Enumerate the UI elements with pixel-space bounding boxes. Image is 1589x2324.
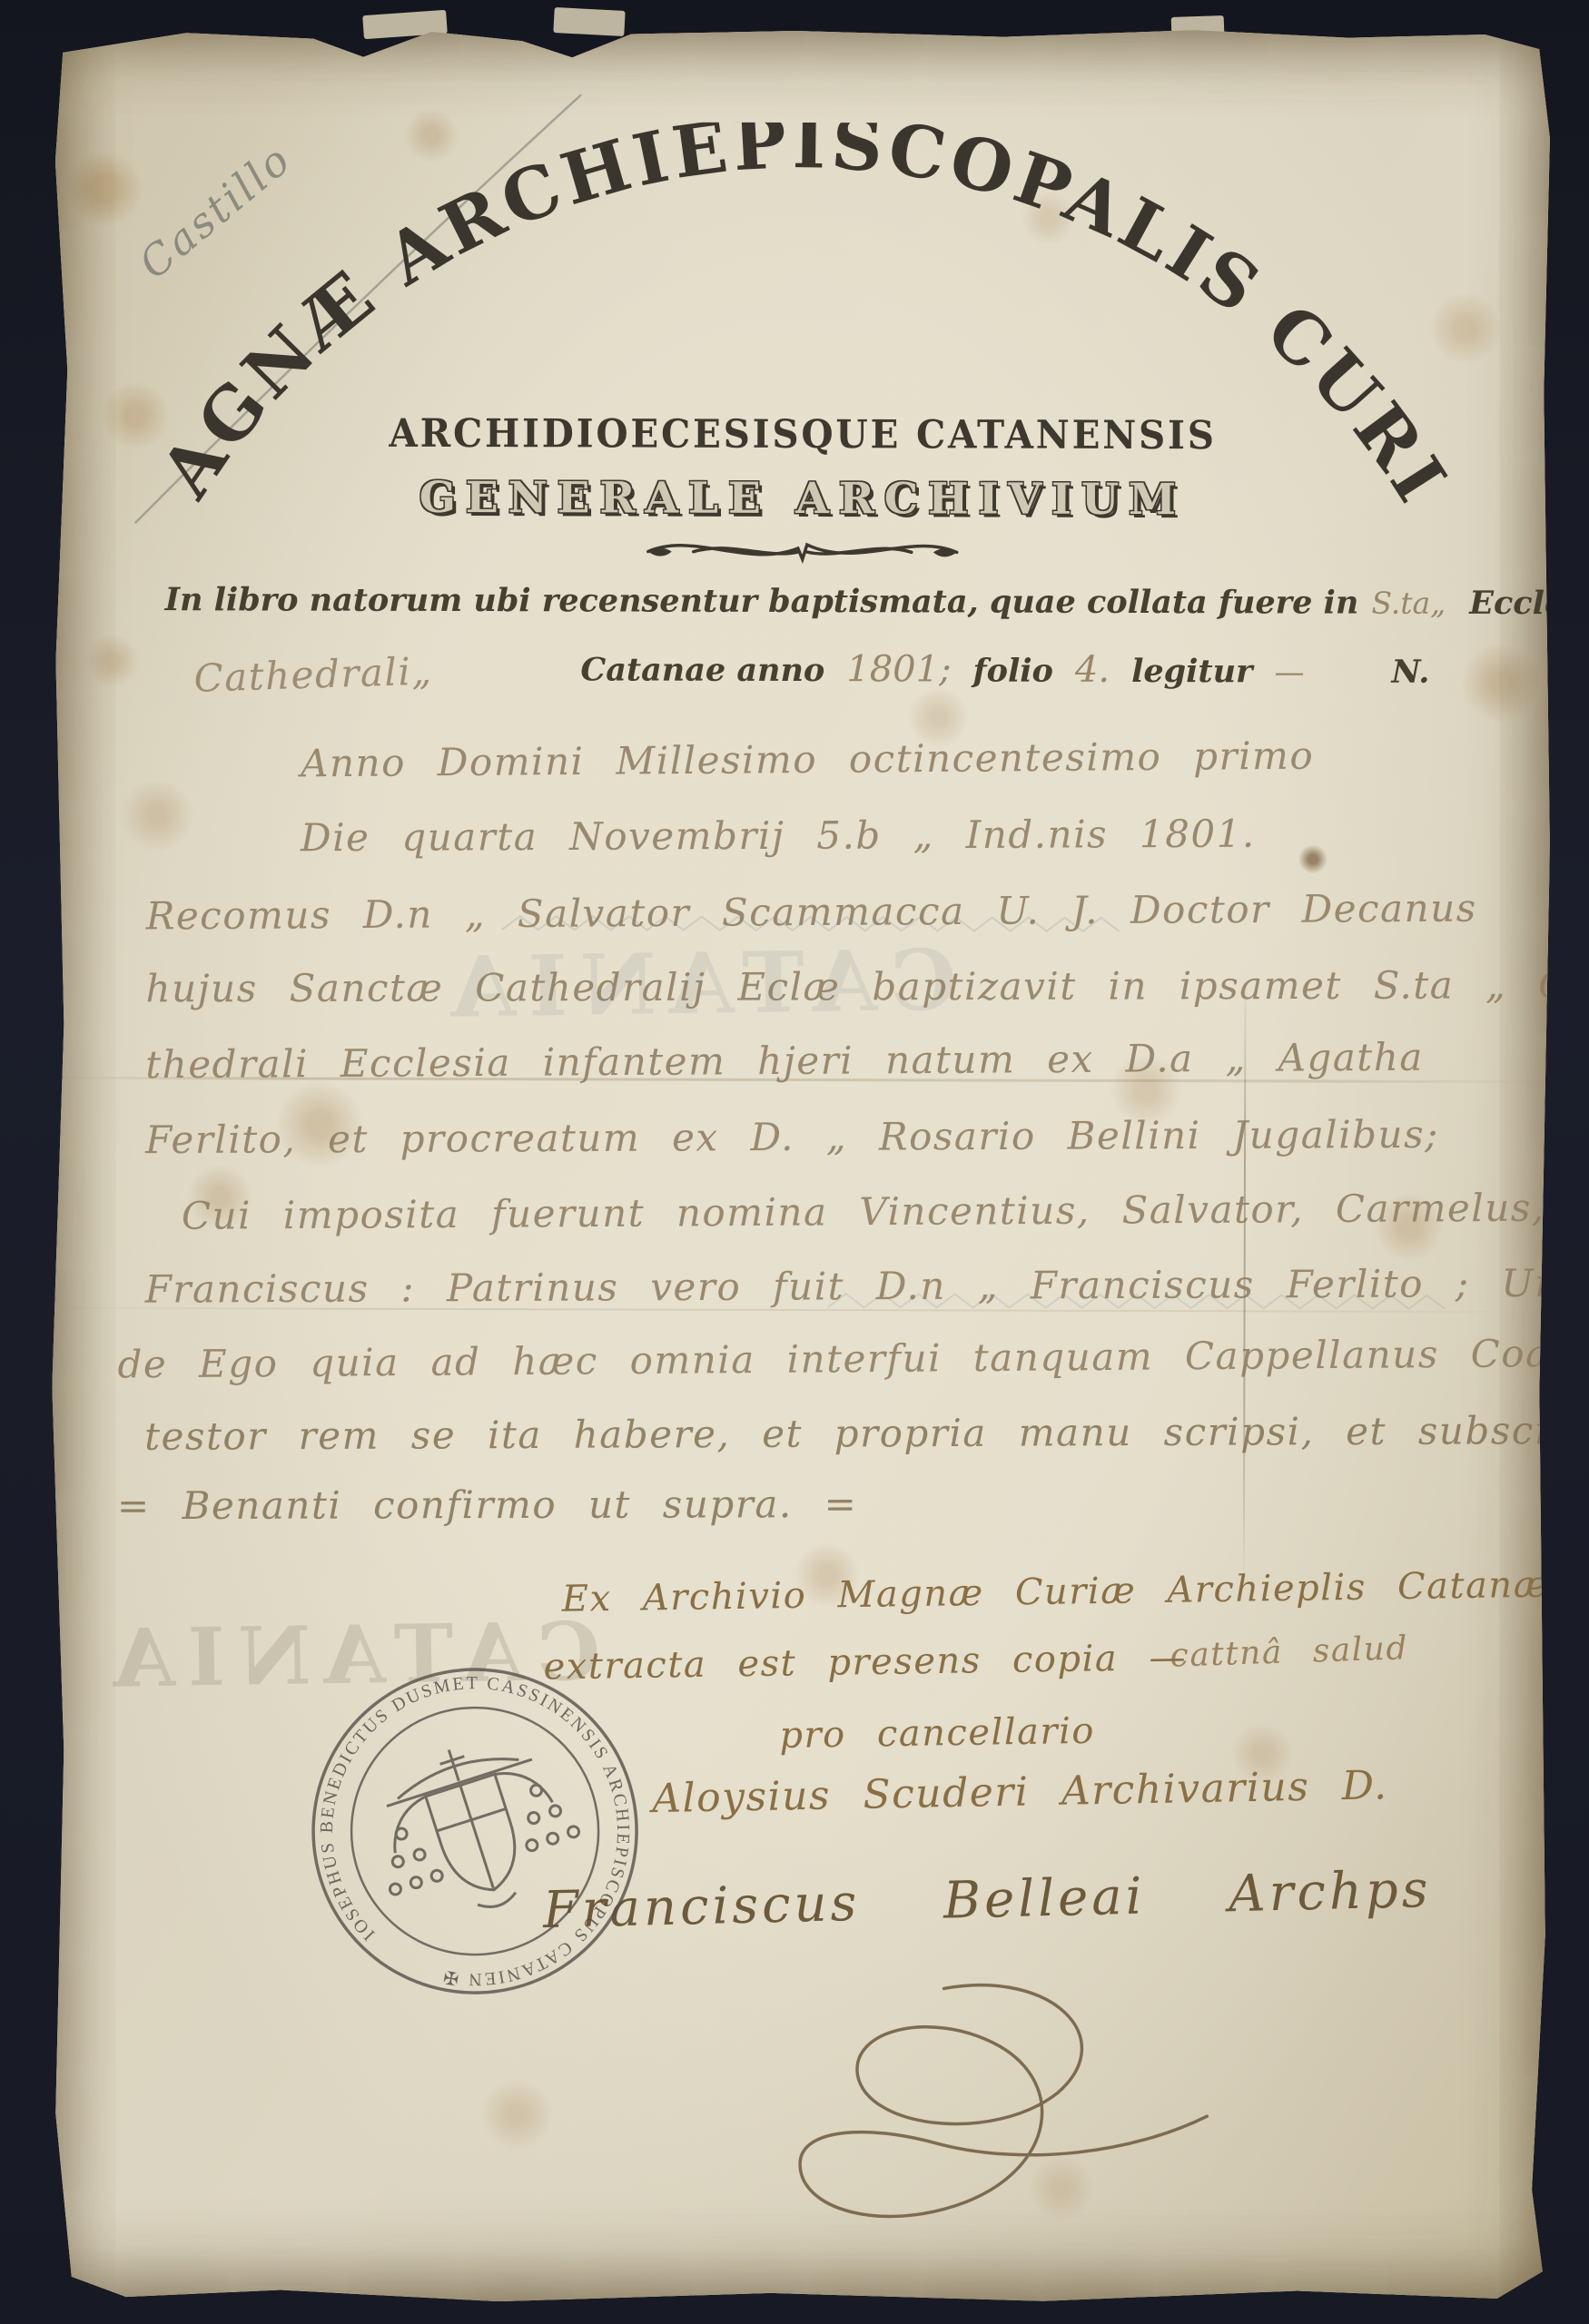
seal-coat-of-arms [355, 1719, 594, 1935]
body-line: Cui imposita fuerunt nomina Vincentius, … [182, 1186, 1545, 1238]
body-line: de Ego quia ad hæc omnia interfui tanqua… [117, 1331, 1589, 1387]
document-sheet: CATANIA CATANIA Castillo MAGNÆ ARCHIEPIS… [44, 25, 1553, 2306]
svg-text:MAGNÆ ARCHIEPISCOPALIS CURIÆ: MAGNÆ ARCHIEPISCOPALIS CURIÆ [122, 121, 1465, 519]
body-line: thedrali Ecclesia infantem hjeri natum e… [145, 1035, 1424, 1088]
arched-title: MAGNÆ ARCHIEPISCOPALIS CURIÆ [122, 121, 1485, 533]
torn-paper-scrap-2 [553, 7, 625, 36]
cert-line-pro-cancellario: pro cancellario [779, 1710, 1095, 1757]
body-line: Ferlito, et procreatum ex D. „ Rosario B… [145, 1112, 1439, 1162]
cert-side-note: cattnâ salud [1170, 1630, 1409, 1674]
intro-dash: — [1274, 654, 1304, 689]
intro-line-1: In libro natorum ubi recensentur baptism… [165, 581, 1491, 622]
archivist-signature: Aloysius Scuderi Archivarius D. [652, 1762, 1388, 1822]
intro-printed-text: In libro natorum ubi recensentur baptism… [165, 581, 1359, 621]
body-line: Recomus D.n „ Salvator Scammacca U. J. D… [146, 886, 1477, 939]
hand-cathedrali: Cathedrali„ [193, 648, 434, 700]
header-archive-line: GENERALE ARCHIVIUM [122, 472, 1484, 526]
intro-folio-label: folio [973, 653, 1053, 690]
intro-insert-year: 1801; [846, 648, 951, 690]
body-line: hujus Sanctæ Cathedralij Eclæ baptizavit… [145, 962, 1589, 1010]
body-line: Anno Domini Millesimo octincentesimo pri… [301, 734, 1314, 786]
body-line: testor rem se ita habere, et propria man… [144, 1408, 1589, 1459]
cert-line-archive: Ex Archivio Magnæ Curiæ Archieplis Catan… [561, 1564, 1549, 1620]
intro-n-label: N. [1391, 654, 1429, 691]
body-line: Franciscus : Patrinus vero fuit D.n „ Fr… [145, 1261, 1589, 1312]
intro-insert-sta: S.ta„ [1371, 586, 1446, 621]
intro-insert-folio: 4. [1075, 649, 1110, 691]
cert-line-extracta: extracta est presens copia — [543, 1637, 1187, 1689]
intro-line-2: Catanae anno 1801; folio 4. legitur — N. [580, 647, 1451, 692]
body-line: Die quarta Novembrij 5.b „ Ind.nis 1801. [301, 812, 1256, 861]
header-subtitle: ARCHIDIOECESISQUE CATANENSIS [163, 410, 1443, 459]
intro-catanae-anno: Catanae anno [580, 651, 824, 689]
signature-flourish [662, 1952, 1226, 2262]
body-line: = Benanti confirmo ut supra. = [117, 1482, 857, 1528]
header-flourish-icon [639, 528, 966, 576]
intro-legitur-label: legitur [1131, 653, 1252, 690]
